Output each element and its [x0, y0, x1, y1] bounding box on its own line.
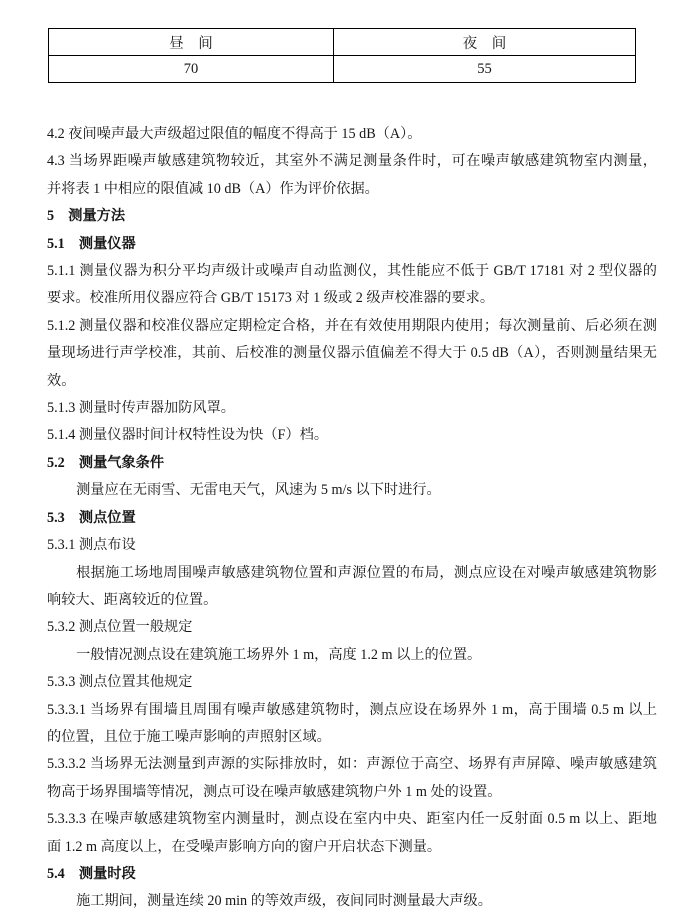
- clause-5-3-1-line-2: 响较大、距离较近的位置。: [47, 587, 657, 614]
- clause-5-3-3-2-line-2: 物高于场界围墙等情况，测点可设在噪声敏感建筑物户外 1 m 处的设置。: [47, 779, 657, 806]
- clause-5-1-3: 5.1.3 测量时传声器加防风罩。: [47, 395, 657, 422]
- table-header-daytime: 昼 间: [49, 29, 334, 56]
- clause-5-1-2-line-1: 5.1.2 测量仪器和校准仪器应定期检定合格，并在有效使用期限内使用；每次测量前…: [47, 313, 657, 340]
- table-value-daytime: 70: [49, 56, 334, 83]
- clause-5-3-3-2-line-1: 5.3.3.2 当场界无法测量到声源的实际排放时，如：声源位于高空、场界有声屏障…: [47, 751, 657, 778]
- section-5-4-heading: 5.4 测量时段: [47, 861, 657, 888]
- clause-5-4-body: 施工期间，测量连续 20 min 的等效声级，夜间同时测量最大声级。: [47, 888, 657, 915]
- table-header-nighttime: 夜 间: [334, 29, 636, 56]
- clause-5-1-2-line-2: 量现场进行声学校准，其前、后校准的测量仪器示值偏差不得大于 0.5 dB（A），…: [47, 340, 657, 367]
- clause-5-1-4: 5.1.4 测量仪器时间计权特性设为快（F）档。: [47, 422, 657, 449]
- section-5-2-heading: 5.2 测量气象条件: [47, 450, 657, 477]
- clause-5-3-3-1-line-1: 5.3.3.1 当场界有围墙且周围有噪声敏感建筑物时，测点应设在场界外 1 m，…: [47, 697, 657, 724]
- clause-5-3-2-heading: 5.3.2 测点位置一般规定: [47, 614, 657, 641]
- section-5-1-heading: 5.1 测量仪器: [47, 231, 657, 258]
- clause-4-3-line-2: 并将表 1 中相应的限值减 10 dB（A）作为评价依据。: [47, 176, 657, 203]
- table-value-row: 70 55: [49, 56, 636, 83]
- clause-5-3-1-line-1: 根据施工场地周围噪声敏感建筑物位置和声源位置的布局，测点应设在对噪声敏感建筑物影: [47, 560, 657, 587]
- clause-5-3-3-3-line-1: 5.3.3.3 在噪声敏感建筑物室内测量时，测点设在室内中央、距室内任一反射面 …: [47, 806, 657, 833]
- clause-5-2-body: 测量应在无雨雪、无雷电天气，风速为 5 m/s 以下时进行。: [47, 477, 657, 504]
- table-value-nighttime: 55: [334, 56, 636, 83]
- clause-5-3-1-heading: 5.3.1 测点布设: [47, 532, 657, 559]
- table-header-row: 昼 间 夜 间: [49, 29, 636, 56]
- noise-limits-table: 昼 间 夜 间 70 55: [48, 28, 636, 83]
- section-5-3-heading: 5.3 测点位置: [47, 505, 657, 532]
- document-page: 昼 间 夜 间 70 55 4.2 夜间噪声最大声级超过限值的幅度不得高于 15…: [0, 0, 699, 924]
- clause-5-1-1-line-2: 要求。校准所用仪器应符合 GB/T 15173 对 1 级或 2 级声校准器的要…: [47, 285, 657, 312]
- section-5-heading: 5 测量方法: [47, 203, 657, 230]
- clause-4-2: 4.2 夜间噪声最大声级超过限值的幅度不得高于 15 dB（A）。: [47, 121, 657, 148]
- document-body: 4.2 夜间噪声最大声级超过限值的幅度不得高于 15 dB（A）。 4.3 当场…: [47, 121, 657, 916]
- clause-5-3-3-3-line-2: 面 1.2 m 高度以上，在受噪声影响方向的窗户开启状态下测量。: [47, 834, 657, 861]
- clause-5-3-3-1-line-2: 的位置，且位于施工噪声影响的声照射区域。: [47, 724, 657, 751]
- clause-5-3-3-heading: 5.3.3 测点位置其他规定: [47, 669, 657, 696]
- clause-5-1-1-line-1: 5.1.1 测量仪器为积分平均声级计或噪声自动监测仪，其性能应不低于 GB/T …: [47, 258, 657, 285]
- clause-4-3-line-1: 4.3 当场界距噪声敏感建筑物较近，其室外不满足测量条件时，可在噪声敏感建筑物室…: [47, 148, 657, 175]
- clause-5-1-2-line-3: 效。: [47, 368, 657, 395]
- clause-5-3-2-body: 一般情况测点设在建筑施工场界外 1 m，高度 1.2 m 以上的位置。: [47, 642, 657, 669]
